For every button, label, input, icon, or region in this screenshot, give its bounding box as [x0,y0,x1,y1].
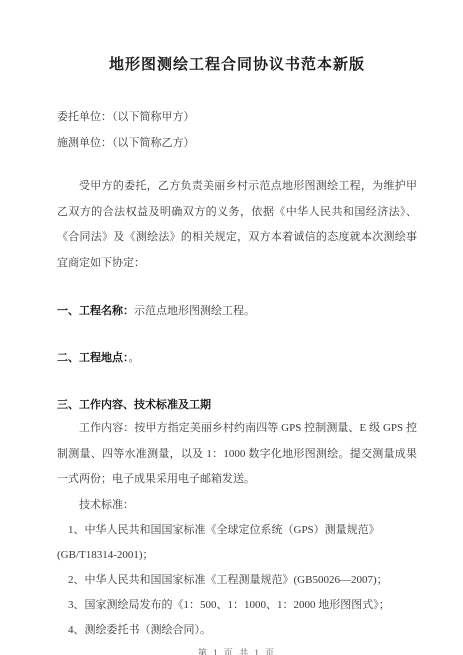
standard-item-4: 4、测绘委托书（测绘合同）。 [57,618,417,643]
section-project-name-body: 示范点地形图测绘工程。 [134,305,255,317]
section-project-location: 二、工程地点：。 [57,349,417,367]
section-project-name-heading: 一、工程名称： [57,305,134,317]
section-work-scope: 三、工作内容、技术标准及工期 [57,396,417,414]
section-project-location-body: 。 [129,352,140,364]
work-content-paragraph: 工作内容：按甲方指定美丽乡村约南四等 GPS 控制测量、E 级 GPS 控制测量… [57,416,417,493]
section-project-location-heading: 二、工程地点： [57,352,129,364]
intro-paragraph: 受甲方的委托，乙方负责美丽乡村示范点地形图测绘工程，为维护甲乙双方的合法权益及明… [57,174,417,276]
document-title: 地形图测绘工程合同协议书范本新版 [57,54,417,76]
standard-item-1: 1、中华人民共和国国家标准《全球定位系统（GPS）测量规范》(GB/T18314… [57,518,417,568]
party-line-client: 委托单位：（以下简称甲方） [57,104,417,130]
standard-item-2: 2、中华人民共和国国家标准《工程测量规范》(GB50026—2007)； [57,568,417,593]
tech-standard-label: 技术标准： [57,493,417,518]
party-line-surveyor: 施测单位：（以下简称乙方） [57,130,417,156]
document-page: 地形图测绘工程合同协议书范本新版 委托单位：（以下简称甲方） 施测单位：（以下简… [0,0,463,655]
section-project-name: 一、工程名称：示范点地形图测绘工程。 [57,302,417,320]
section-work-scope-heading: 三、工作内容、技术标准及工期 [57,399,211,411]
page-number-footer: 第 1 页 共 1 页 [57,646,417,655]
standard-item-3: 3、国家测绘局发布的《1：500、1：1000、1：2000 地形图图式》； [57,593,417,618]
